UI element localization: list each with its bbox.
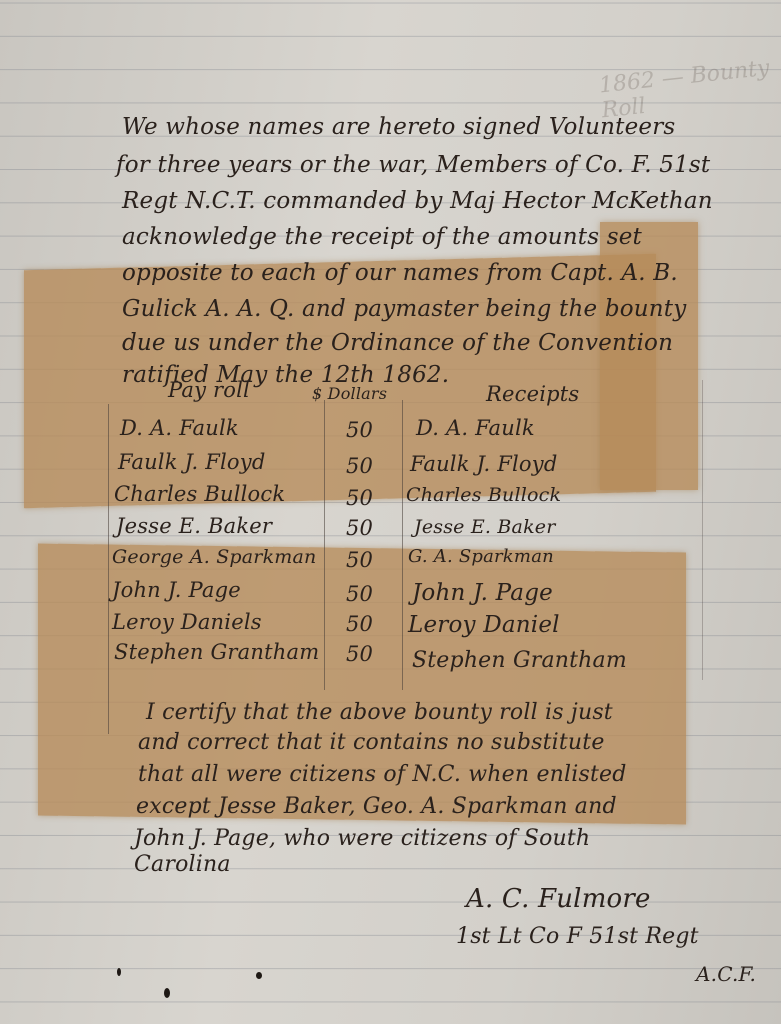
row-name: George A. Sparkman — [112, 546, 316, 568]
preamble-line: opposite to each of our names from Capt.… — [122, 260, 678, 286]
row-name: D. A. Faulk — [120, 416, 239, 440]
signature-name: A. C. Fulmore — [466, 884, 651, 914]
preamble-line: due us under the Ordinance of the Conven… — [122, 330, 673, 356]
table-rule-receipt — [402, 400, 403, 690]
preamble-line: acknowledge the receipt of the amounts s… — [122, 224, 642, 250]
certification-line: John J. Page, who were citizens of South — [134, 826, 590, 851]
row-name: Jesse E. Baker — [116, 514, 272, 538]
row-name: Stephen Grantham — [114, 640, 319, 664]
row-amount: 50 — [346, 454, 373, 478]
row-receipt: Faulk J. Floyd — [410, 452, 557, 476]
row-name: Leroy Daniels — [112, 610, 262, 634]
certification-line: that all were citizens of N.C. when enli… — [138, 762, 627, 787]
ink-blot — [164, 988, 170, 998]
certification-line: I certify that the above bounty roll is … — [146, 700, 613, 725]
signature-initials: A.C.F. — [696, 962, 756, 986]
header-dollars: $ Dollars — [312, 384, 387, 403]
row-name: Faulk J. Floyd — [118, 450, 265, 474]
table-rule-amount — [324, 400, 325, 690]
table-rule-right — [702, 380, 703, 680]
preamble-line: Gulick A. A. Q. and paymaster being the … — [122, 296, 686, 322]
row-receipt: John J. Page — [412, 580, 553, 606]
certification-line: Carolina — [134, 852, 231, 877]
table-rule-left — [108, 404, 109, 734]
header-receipts: Receipts — [486, 382, 579, 406]
row-amount: 50 — [346, 418, 373, 442]
row-receipt: D. A. Faulk — [416, 416, 535, 440]
row-receipt: Jesse E. Baker — [414, 516, 556, 538]
row-amount: 50 — [346, 486, 373, 510]
ink-blot — [117, 968, 121, 976]
ink-blot — [256, 972, 262, 979]
preamble-line: for three years or the war, Members of C… — [116, 152, 710, 178]
row-receipt: Leroy Daniel — [408, 612, 560, 638]
row-name: John J. Page — [112, 578, 241, 602]
row-receipt: G. A. Sparkman — [408, 546, 554, 567]
signature-title: 1st Lt Co F 51st Regt — [456, 924, 699, 949]
row-receipt: Stephen Grantham — [412, 648, 627, 673]
preamble-line: We whose names are hereto signed Volunte… — [122, 114, 675, 140]
row-amount: 50 — [346, 612, 373, 636]
header-payroll: Pay roll — [168, 378, 250, 402]
row-amount: 50 — [346, 516, 373, 540]
document-page: 1862 — Bounty Roll We whose names are he… — [0, 0, 781, 1024]
preamble-line: Regt N.C.T. commanded by Maj Hector McKe… — [122, 188, 713, 214]
row-amount: 50 — [346, 642, 373, 666]
certification-line: except Jesse Baker, Geo. A. Sparkman and — [136, 794, 617, 819]
row-amount: 50 — [346, 582, 373, 606]
certification-line: and correct that it contains no substitu… — [138, 730, 605, 755]
row-name: Charles Bullock — [114, 482, 285, 506]
row-receipt: Charles Bullock — [406, 484, 561, 506]
row-amount: 50 — [346, 548, 373, 572]
